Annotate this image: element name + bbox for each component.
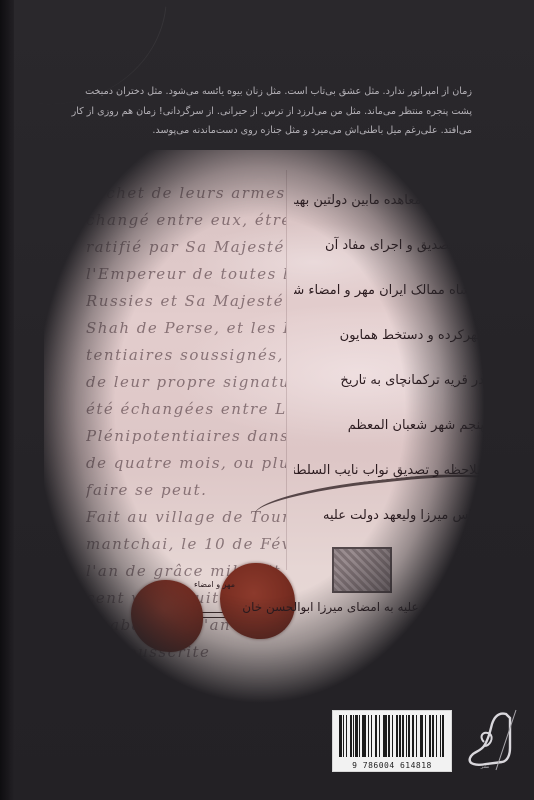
barcode-bar xyxy=(416,715,417,757)
barcode-bar xyxy=(388,715,390,757)
historical-document-image: cachet de leurs armes etchangé entre eux… xyxy=(44,150,494,710)
french-line: l'Empereur de toutes les xyxy=(86,261,286,288)
barcode-bar xyxy=(402,715,404,757)
blurb-line: زمان از امپراتور ندارد. مثل عشق بی‌تاب ا… xyxy=(32,82,472,102)
french-line: tentiaires soussignés, revêtues xyxy=(86,342,286,369)
barcode-bar xyxy=(375,715,377,757)
barcode-bars xyxy=(339,715,445,757)
persian-line: در قریه ترکمانچای به تاریخ xyxy=(294,358,484,403)
barcode-bar xyxy=(339,715,342,757)
barcode-bar xyxy=(436,715,437,757)
french-line: ratifié par Sa Majesté xyxy=(86,234,286,261)
barcode-bar xyxy=(343,715,345,757)
barcode-bar xyxy=(392,715,393,757)
seal-annotation: مهر و امضاء xyxy=(194,580,235,589)
french-line: Russies et Sa Majesté le xyxy=(86,288,286,315)
blurb-line: پشت پنجره منتظر می‌ماند. مثل من می‌لرزد … xyxy=(32,102,472,122)
barcode-bar xyxy=(420,715,423,757)
barcode-bar xyxy=(396,715,398,757)
french-line: de quatre mois, ou plutôt si xyxy=(86,450,286,477)
barcode-bar xyxy=(399,715,400,757)
persian-line: پادشاه ممالک ایران مهر و امضاء شده xyxy=(294,268,484,313)
barcode-bar xyxy=(371,715,372,757)
french-line: Plénipotentiaires dans le terme xyxy=(86,423,286,450)
barcode-bar xyxy=(359,715,360,757)
french-line: Shah de Perse, et les Plénipo- xyxy=(86,315,286,342)
persian-line: پنجم شهر شعبان المعظم xyxy=(294,403,484,448)
isbn-number: 9 786004 614818 xyxy=(333,761,451,770)
barcode-bar xyxy=(353,715,354,757)
book-back-cover: زمان از امپراتور ندارد. مثل عشق بی‌تاب ا… xyxy=(0,0,534,800)
persian-line: نسخه‌ای از معاهده مابین دولتین بهیه ایرا… xyxy=(294,178,484,223)
barcode-bar xyxy=(432,715,435,757)
wax-seal-icon xyxy=(131,580,203,652)
isbn-barcode: 9 786004 614818 xyxy=(332,710,452,772)
publisher-name: نشر xyxy=(462,764,508,770)
barcode-bar xyxy=(346,715,347,757)
document-paper: cachet de leurs armes etchangé entre eux… xyxy=(44,150,494,710)
barcode-bar xyxy=(406,715,407,757)
barcode-bar xyxy=(355,715,358,757)
barcode-bar xyxy=(350,715,352,757)
barcode-bar xyxy=(425,715,426,757)
publisher-logo-icon xyxy=(462,708,518,772)
barcode-bar xyxy=(408,715,410,757)
barcode-bar xyxy=(363,715,366,757)
french-line: changé entre eux, étre conforme xyxy=(86,207,286,234)
barcode-bar xyxy=(429,715,431,757)
barcode-bar xyxy=(400,715,401,757)
persian-line: مهرکرده و دستخط همایون xyxy=(294,313,484,358)
french-line: faire se peut. xyxy=(86,477,286,504)
book-spine-edge xyxy=(0,0,14,800)
french-line: de leur propre signature, ont xyxy=(86,369,286,396)
blurb-line: می‌افتد. علی‌رغم میل باطنی‌اش می‌میرد و … xyxy=(32,121,472,141)
barcode-bar xyxy=(442,715,444,757)
barcode-bar xyxy=(362,715,363,757)
persian-line: جهت تصدیق و اجرای مفاد آن xyxy=(294,223,484,268)
french-line: cachet de leurs armes et xyxy=(86,180,286,207)
signature-line: در دولت علیه به امضای میرزا ابوالحسن خان xyxy=(294,600,464,614)
barcode-bar xyxy=(383,715,387,757)
french-line: été échangées entre Leurs xyxy=(86,396,286,423)
barcode-bar xyxy=(412,715,415,757)
barcode-bar xyxy=(440,715,441,757)
barcode-bar xyxy=(368,715,369,757)
blurb-text: زمان از امپراتور ندارد. مثل عشق بی‌تاب ا… xyxy=(32,82,472,141)
barcode-bar xyxy=(379,715,381,757)
square-stamp-icon xyxy=(332,547,392,593)
